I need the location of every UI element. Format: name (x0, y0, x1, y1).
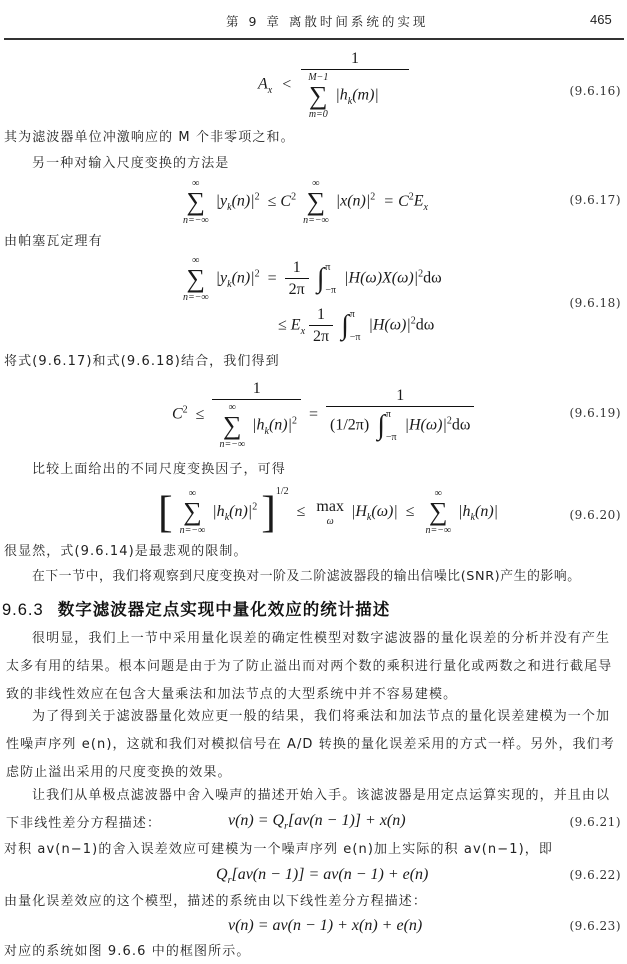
equation-number: (9.6.22) (569, 868, 621, 882)
equation-9-6-19: C2 ≤ 1 ∞ ∑ n=−∞ |hk(n)|2 = 1 (1/2π) ∫ π … (172, 380, 474, 450)
eq-rel: ≤ (297, 503, 306, 520)
equation-9-6-22: Qr[av(n − 1)] = av(n − 1) + e(n) (216, 866, 428, 886)
equation-9-6-20: [ ∞ ∑ n=−∞ |hk(n)|2 ]1/2 ≤ max ω |Hk(ω)|… (158, 486, 498, 536)
denominator: 2π (309, 325, 333, 346)
term: |h (252, 417, 264, 434)
exponent: 1/2 (276, 486, 289, 497)
sigma-icon: ∑ (309, 83, 328, 109)
numerator: 1 (347, 50, 363, 69)
eq-rel: = (268, 270, 277, 287)
running-header: 第 9 章 离散时间系统的实现 465 (0, 8, 627, 38)
numerator: 1 (289, 259, 305, 278)
equation-9-6-18-line-1: ∞ ∑ n=−∞ |yk(n)|2 = 1 2π ∫ π −π |H(ω)X(ω… (180, 255, 442, 303)
differential: dω (452, 417, 471, 434)
paragraph: 在下一节中，我们将观察到尺度变换对一阶及二阶滤波器段的输出信噪比(SNR)产生的… (6, 563, 624, 591)
exponent: 2 (291, 191, 296, 202)
paragraph: 很显然，式(9.6.14)是最悲观的限制。 (4, 538, 622, 566)
page-number: 465 (590, 12, 612, 27)
eq-rhs-tail: E (414, 193, 424, 210)
term: |h (212, 503, 224, 520)
paragraph: 由帕塞瓦定理有 (4, 228, 622, 256)
summation: ∞ ∑ n=−∞ (219, 402, 245, 450)
term-rest: (ω)| (371, 503, 397, 520)
sigma-icon: ∑ (183, 499, 202, 525)
term: |y (216, 270, 228, 287)
eq-sub: x (301, 326, 305, 337)
integral-icon: ∫ (317, 264, 325, 294)
paragraph: 为了得到关于滤波器量化效应更一般的结果，我们将乘法和加法节点的量化误差建模为一个… (6, 703, 624, 787)
exponent: 2 (292, 415, 297, 426)
term-rest: (n)| (232, 193, 255, 210)
eq-rest: [av(n − 1)] + x(n) (288, 812, 406, 829)
int-upper: π (350, 309, 361, 320)
left-bracket-icon: [ (158, 487, 173, 536)
exponent: 2 (183, 404, 188, 415)
sum-lower: n=−∞ (426, 525, 452, 536)
eq-lhs: A (258, 76, 268, 93)
denominator: 2π (285, 278, 309, 299)
numerator: 1 (313, 306, 329, 325)
integral-limits: π −π (350, 309, 361, 343)
integrand: |H(ω)| (405, 417, 447, 434)
term: |H (351, 503, 367, 520)
fraction: 1 2π (285, 259, 309, 299)
sum-lower: n=−∞ (303, 215, 329, 226)
summation: ∞ ∑ n=−∞ (180, 488, 206, 536)
eq-rel: ≤ (196, 406, 205, 423)
equation-9-6-16: Ax < 1 M−1 ∑ m=0 |hk(m)| (258, 50, 409, 120)
int-lower: −π (350, 332, 361, 343)
sum-lower: n=−∞ (183, 215, 209, 226)
equation-number: (9.6.23) (569, 919, 621, 933)
integral-limits: π −π (325, 262, 336, 296)
equation-number: (9.6.19) (569, 406, 621, 420)
eq-rel: ≤ (406, 503, 415, 520)
term: |x(n)| (336, 193, 371, 210)
equation-number: (9.6.21) (569, 815, 621, 829)
max-operator: max ω (316, 498, 344, 527)
eq-text: v(n) = av(n − 1) + x(n) + e(n) (228, 917, 422, 934)
differential: dω (416, 317, 435, 334)
integral-icon: ∫ (377, 411, 385, 441)
equation-number: (9.6.20) (569, 508, 621, 522)
equation-number: (9.6.18) (569, 296, 621, 310)
sigma-icon: ∑ (223, 413, 242, 439)
denominator: ∞ ∑ n=−∞ |hk(n)|2 (212, 399, 301, 450)
eq-rel: = (309, 406, 318, 423)
denominator: M−1 ∑ m=0 |hk(m)| (301, 69, 409, 120)
term-rest: (n)| (475, 503, 498, 520)
paragraph: 很明显，我们上一节中采用量化误差的确定性模型对数字滤波器的量化误差的分析并没有产… (6, 625, 624, 709)
differential: dω (423, 270, 442, 287)
numerator: 1 (392, 387, 408, 406)
integral: ∫ π −π (317, 262, 336, 296)
max-sub: ω (327, 516, 334, 527)
section-title: 数字滤波器定点实现中量化效应的统计描述 (58, 600, 391, 619)
sigma-icon: ∑ (307, 189, 326, 215)
fraction: 1 2π (309, 306, 333, 346)
equation-9-6-21: v(n) = Qr[av(n − 1)] + x(n) (228, 812, 406, 832)
int-lower: −π (386, 432, 397, 443)
eq-lhs: C (172, 406, 183, 423)
integral: ∫ π −π (341, 309, 360, 343)
summation: ∞ ∑ n=−∞ (426, 488, 452, 536)
fraction: 1 ∞ ∑ n=−∞ |hk(n)|2 (212, 380, 301, 450)
summation: ∞ ∑ n=−∞ (183, 178, 209, 226)
denominator: (1/2π) ∫ π −π |H(ω)|2dω (326, 406, 474, 443)
eq-sub: x (424, 202, 428, 213)
fraction: 1 (1/2π) ∫ π −π |H(ω)|2dω (326, 387, 474, 443)
integrand: |H(ω)| (368, 317, 410, 334)
equation-number: (9.6.16) (569, 84, 621, 98)
eq-rel: < (282, 76, 291, 93)
term: |h (335, 87, 347, 104)
exponent: 2 (255, 268, 260, 279)
int-upper: π (386, 409, 397, 420)
integral-limits: π −π (386, 409, 397, 443)
section-heading: 9.6.3数字滤波器定点实现中量化效应的统计描述 (2, 596, 390, 620)
summation: M−1 ∑ m=0 (308, 72, 328, 120)
paragraph: 对积 av(n−1)的舍入误差效应可建模为一个噪声序列 e(n)加上实际的积 a… (4, 836, 622, 864)
right-bracket-icon: ] (261, 487, 276, 536)
header-rule (4, 38, 624, 40)
integral-icon: ∫ (341, 311, 349, 341)
exponent: 2 (252, 502, 257, 513)
int-upper: π (325, 262, 336, 273)
term: |h (458, 503, 470, 520)
eq-rel: ≤ E (278, 317, 301, 334)
max-label: max (316, 498, 344, 516)
eq-rhs: = C (383, 193, 408, 210)
paragraph: 另一种对输入尺度变换的方法是 (6, 150, 624, 178)
equation-number: (9.6.17) (569, 193, 621, 207)
chapter-title: 第 9 章 离散时间系统的实现 (226, 12, 428, 30)
sigma-icon: ∑ (187, 189, 206, 215)
term-rest: (n)| (229, 503, 252, 520)
equation-9-6-17: ∞ ∑ n=−∞ |yk(n)|2 ≤ C2 ∞ ∑ n=−∞ |x(n)|2 … (180, 178, 428, 226)
numerator: 1 (249, 380, 265, 399)
eq-rel: ≤ C (268, 193, 291, 210)
paragraph: 对应的系统如图 9.6.6 中的框图所示。 (4, 938, 622, 964)
paragraph: 将式(9.6.17)和式(9.6.18)结合，我们得到 (4, 348, 622, 376)
sum-lower: n=−∞ (180, 525, 206, 536)
term: |y (216, 193, 228, 210)
summation: ∞ ∑ n=−∞ (183, 255, 209, 303)
sum-lower: n=−∞ (219, 439, 245, 450)
exponent: 2 (255, 191, 260, 202)
int-lower: −π (325, 285, 336, 296)
sum-lower: m=0 (309, 109, 328, 120)
equation-9-6-18-line-2: ≤ Ex 1 2π ∫ π −π |H(ω)|2dω (278, 306, 434, 346)
sigma-icon: ∑ (429, 499, 448, 525)
sum-lower: n=−∞ (183, 292, 209, 303)
integral: ∫ π −π (377, 409, 396, 443)
exponent: 2 (370, 191, 375, 202)
eq-sub: x (268, 85, 272, 96)
term-rest: (m)| (352, 87, 379, 104)
eq-rest: [av(n − 1)] = av(n − 1) + e(n) (231, 866, 428, 883)
summation: ∞ ∑ n=−∞ (303, 178, 329, 226)
paragraph: 比较上面给出的不同尺度变换因子，可得 (6, 456, 624, 484)
paragraph: 其为滤波器单位冲激响应的 M 个非零项之和。 (4, 124, 622, 152)
eq-text: v(n) = Q (228, 812, 284, 829)
term-rest: (n)| (269, 417, 292, 434)
fraction: 1 M−1 ∑ m=0 |hk(m)| (301, 50, 409, 120)
paragraph: 由量化误差效应的这个模型，描述的系统由以下线性差分方程描述： (4, 888, 622, 916)
prefactor: (1/2π) (330, 417, 369, 434)
term-rest: (n)| (232, 270, 255, 287)
section-number: 9.6.3 (2, 601, 44, 619)
sigma-icon: ∑ (187, 266, 206, 292)
equation-9-6-23: v(n) = av(n − 1) + x(n) + e(n) (228, 917, 422, 935)
integrand: |H(ω)X(ω)| (344, 270, 418, 287)
eq-text: Q (216, 866, 228, 883)
